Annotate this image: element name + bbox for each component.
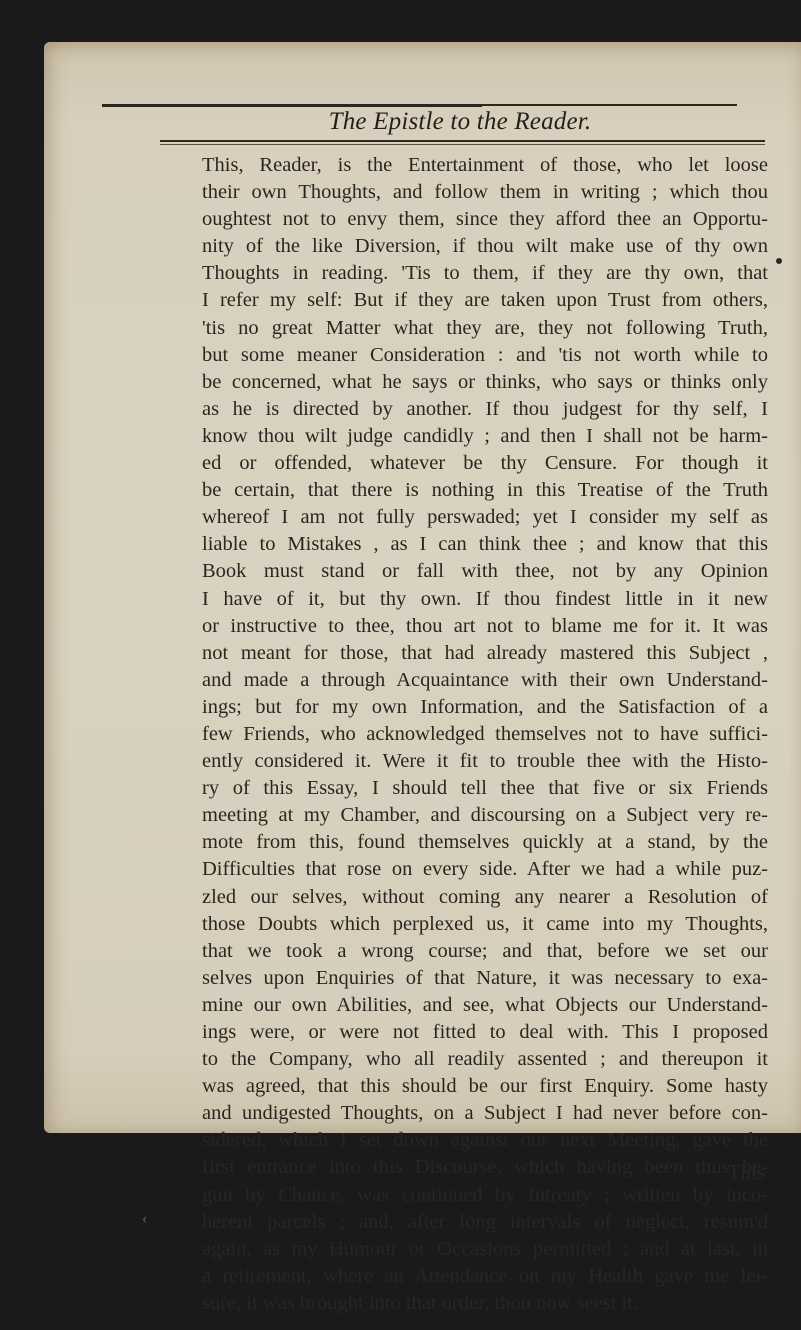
text-line: sidered, which I set down against our ne… xyxy=(202,1127,768,1154)
running-head: The Epistle to the Reader. xyxy=(150,108,770,136)
text-line: Thoughts in reading. 'Tis to them, if th… xyxy=(202,260,768,287)
text-line: as he is directed by another. If thou ju… xyxy=(202,396,768,423)
text-line: mine our own Abilities, and see, what Ob… xyxy=(202,992,768,1019)
epistle-body: This, Reader, is the Entertainment of th… xyxy=(202,152,768,1317)
text-line: zled our selves, without coming any near… xyxy=(202,884,768,911)
text-line: not meant for those, that had already ma… xyxy=(202,640,768,667)
text-line: a retirement, where an Attendance on my … xyxy=(202,1263,768,1290)
margin-dot-icon xyxy=(776,258,782,264)
text-line: be concerned, what he says or thinks, wh… xyxy=(202,369,768,396)
text-line: and undigested Thoughts, on a Subject I … xyxy=(202,1100,768,1127)
text-line: know thou wilt judge candidly ; and then… xyxy=(202,423,768,450)
text-line: first entrance into this Discourse, whic… xyxy=(202,1154,768,1181)
text-line: be certain, that there is nothing in thi… xyxy=(202,477,768,504)
text-line: and made a through Acquaintance with the… xyxy=(202,667,768,694)
text-line: ings were, or were not fitted to deal wi… xyxy=(202,1019,768,1046)
head-rule-thin xyxy=(160,144,765,145)
text-line: ed or offended, whatever be thy Censure.… xyxy=(202,450,768,477)
text-line: Difficulties that rose on every side. Af… xyxy=(202,856,768,883)
text-line: to the Company, who all readily assented… xyxy=(202,1046,768,1073)
catchword: This xyxy=(728,1160,765,1185)
text-line: sure, it was brought into that order, th… xyxy=(202,1290,768,1317)
text-line: meeting at my Chamber, and discoursing o… xyxy=(202,802,768,829)
text-line: again, as my Humour or Occasions permitt… xyxy=(202,1236,768,1263)
text-line: mote from this, found themselves quickly… xyxy=(202,829,768,856)
text-line: I refer my self: But if they are taken u… xyxy=(202,287,768,314)
text-line: ently considered it. Were it fit to trou… xyxy=(202,748,768,775)
text-line: ings; but for my own Information, and th… xyxy=(202,694,768,721)
top-rule xyxy=(102,104,482,107)
text-line: their own Thoughts, and follow them in w… xyxy=(202,179,768,206)
text-line: nity of the like Diversion, if thou wilt… xyxy=(202,233,768,260)
text-line: This, Reader, is the Entertainment of th… xyxy=(202,152,768,179)
text-line: liable to Mistakes , as I can think thee… xyxy=(202,531,768,558)
text-line: 'tis no great Matter what they are, they… xyxy=(202,315,768,342)
text-line: few Friends, who acknowledged themselves… xyxy=(202,721,768,748)
text-line: that we took a wrong course; and that, b… xyxy=(202,938,768,965)
top-rule-right xyxy=(482,104,737,106)
text-line: was agreed, that this should be our firs… xyxy=(202,1073,768,1100)
head-rule xyxy=(160,140,765,142)
text-line: selves upon Enquiries of that Nature, it… xyxy=(202,965,768,992)
text-line: but some meaner Consideration : and 'tis… xyxy=(202,342,768,369)
text-line: or instructive to thee, thou art not to … xyxy=(202,613,768,640)
text-line: ry of this Essay, I should tell thee tha… xyxy=(202,775,768,802)
text-line: those Doubts which perplexed us, it came… xyxy=(202,911,768,938)
text-line: herent parcels ; and, after long interva… xyxy=(202,1209,768,1236)
text-line: oughtest not to envy them, since they af… xyxy=(202,206,768,233)
text-line: I have of it, but thy own. If thou finde… xyxy=(202,586,768,613)
text-line: gun by Chance, was continued by Intreaty… xyxy=(202,1182,768,1209)
text-line: whereof I am not fully perswaded; yet I … xyxy=(202,504,768,531)
text-line: Book must stand or fall with thee, not b… xyxy=(202,558,768,585)
pencil-mark-icon: ‹ xyxy=(142,1210,147,1228)
